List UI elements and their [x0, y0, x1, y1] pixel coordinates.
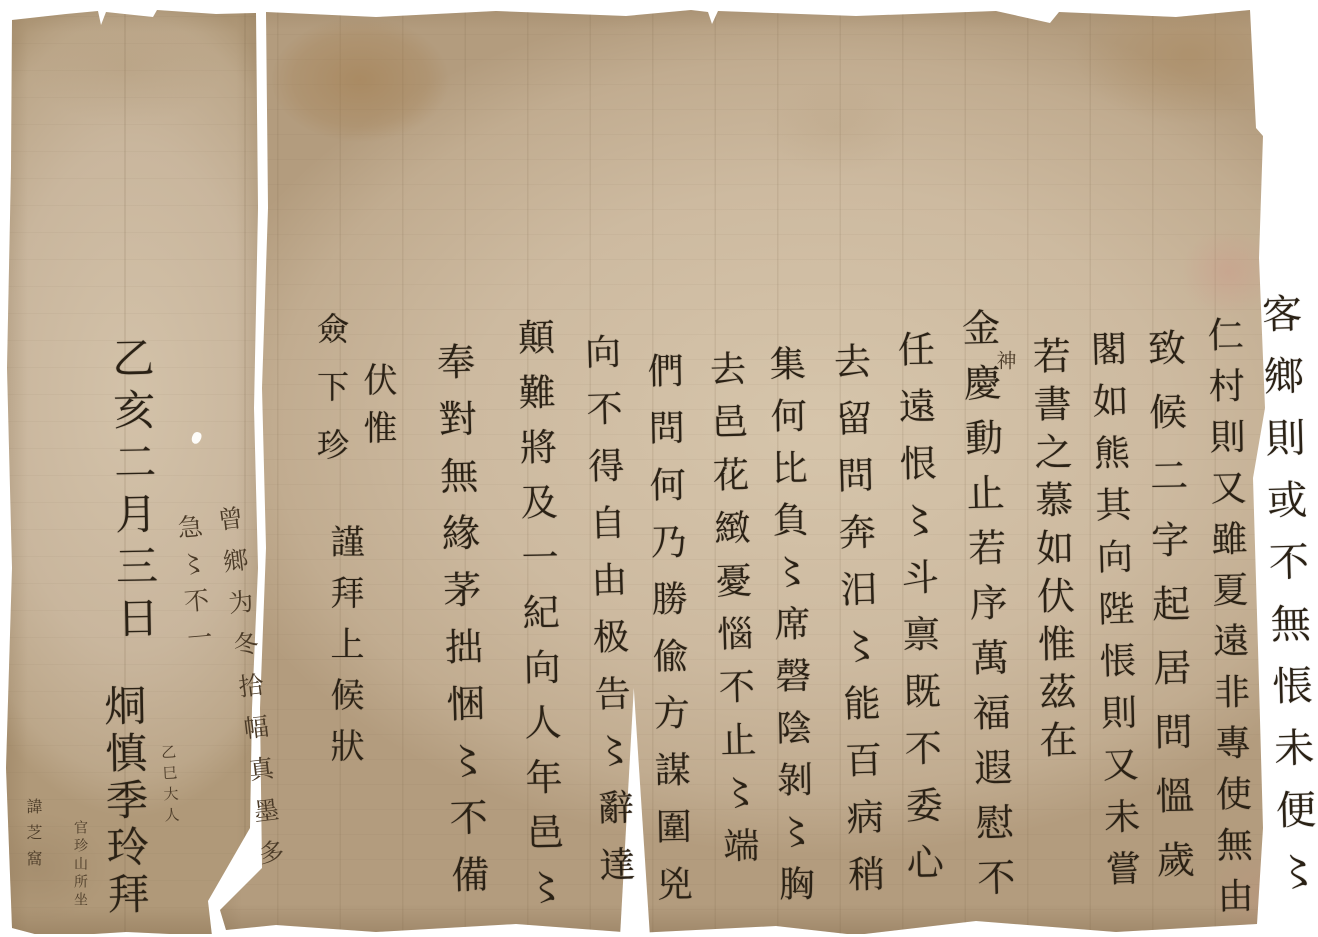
- interlinear-annotation: 神: [995, 350, 1015, 370]
- text-column-1: 客鄉則或不無悵未便〻: [1258, 292, 1315, 913]
- closing-fuwei: 伏惟: [360, 362, 394, 458]
- small-note-2: 官珍山所坐: [73, 820, 87, 910]
- text-column-3: 致候二字起居問慍歲: [1144, 328, 1192, 905]
- text-column-11: 們問何乃勝偸方謀圍兇: [644, 352, 690, 923]
- small-note-1: 乙巳大人: [160, 744, 179, 829]
- text-column-2: 仁村則又雖夏遠非專使無由: [1204, 316, 1251, 929]
- small-note-3: 諱芝窩: [25, 798, 41, 876]
- date-column: 乙亥二月三日: [109, 336, 156, 649]
- signature-column: 烔慎季玲拜: [101, 684, 147, 920]
- closing-signoff: 謹拜上候狀: [327, 524, 361, 779]
- closing-honorific: 僉下珍: [315, 312, 347, 486]
- letter-photo: 客鄉則或不無悵未便〻 仁村則又雖夏遠非專使無由 致候二字起居問慍歲 閣如熊其向陛…: [0, 0, 1318, 937]
- text-column-9: 集何比負〻席磬陰剝〻胸: [766, 345, 812, 918]
- text-column-5: 若書之慕如伏惟茲在: [1029, 336, 1075, 769]
- text-column-7: 任遠恨〻斗禀既不委心: [894, 330, 941, 901]
- text-column-13: 顛難將及一紀向人年邑〻: [514, 318, 562, 924]
